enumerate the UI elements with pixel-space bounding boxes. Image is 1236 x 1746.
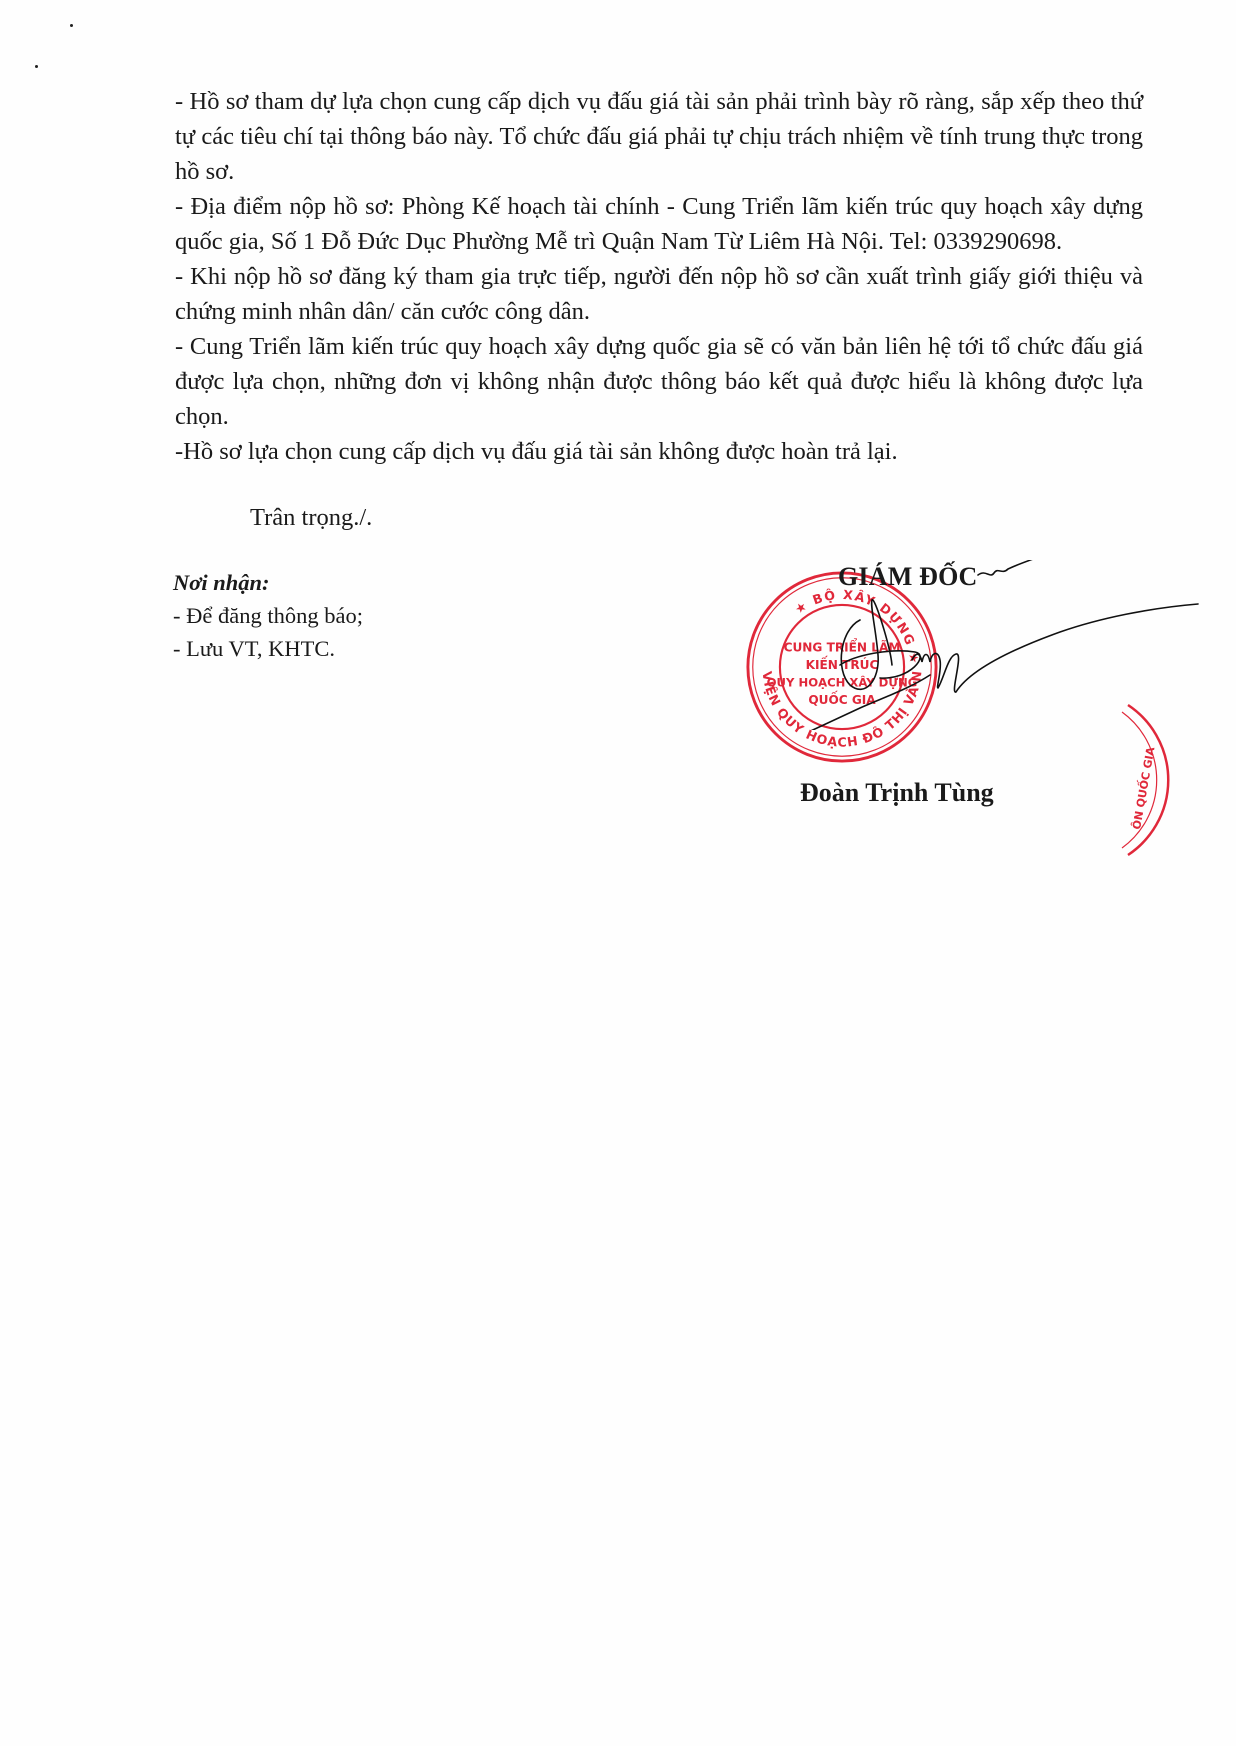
closing-salutation: Trân trọng./. bbox=[250, 500, 372, 535]
recipients-title: Nơi nhận: bbox=[173, 566, 363, 599]
document-page: - Hồ sơ tham dự lựa chọn cung cấp dịch v… bbox=[0, 0, 1236, 1746]
body-text: - Hồ sơ tham dự lựa chọn cung cấp dịch v… bbox=[175, 84, 1143, 469]
paragraph-in-person-requirements: - Khi nộp hồ sơ đăng ký tham gia trực ti… bbox=[175, 259, 1143, 329]
scan-dust bbox=[70, 24, 73, 27]
recipients-block: Nơi nhận: - Để đăng thông báo; - Lưu VT,… bbox=[173, 566, 363, 665]
signature-icon bbox=[800, 560, 1200, 730]
paragraph-submission-location: - Địa điểm nộp hồ sơ: Phòng Kế hoạch tài… bbox=[175, 189, 1143, 259]
paragraph-no-return: -Hồ sơ lựa chọn cung cấp dịch vụ đấu giá… bbox=[175, 434, 1143, 469]
svg-text:ÔN QUỐC GIA: ÔN QUỐC GIA bbox=[1128, 745, 1157, 830]
recipient-item: - Lưu VT, KHTC. bbox=[173, 632, 363, 665]
paragraph-submission-format: - Hồ sơ tham dự lựa chọn cung cấp dịch v… bbox=[175, 84, 1143, 189]
paragraph-selection-notice: - Cung Triển lãm kiến trúc quy hoạch xây… bbox=[175, 329, 1143, 434]
scan-dust bbox=[35, 65, 38, 68]
recipient-item: - Để đăng thông báo; bbox=[173, 599, 363, 632]
signer-name: Đoàn Trịnh Tùng bbox=[800, 778, 994, 808]
